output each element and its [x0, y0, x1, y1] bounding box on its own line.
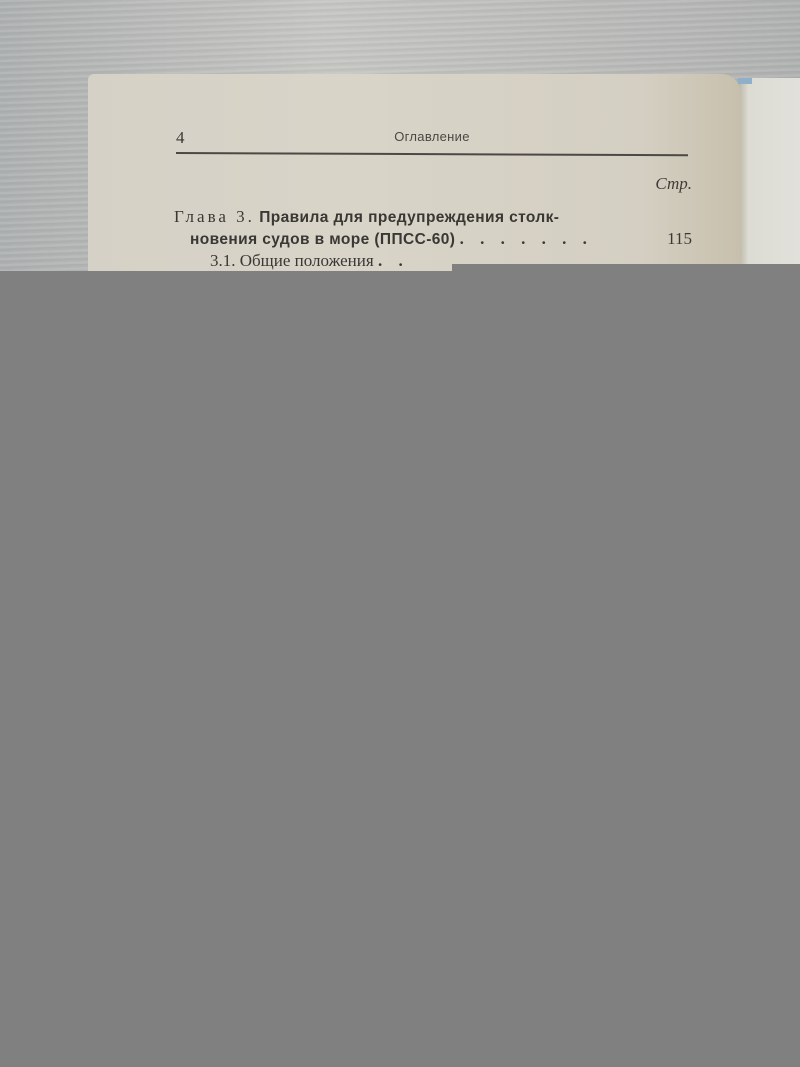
running-head: 4 Оглавление: [176, 124, 688, 154]
dot-leader: . .: [378, 251, 409, 270]
page-column-label: Стр.: [620, 174, 692, 194]
dot-leader: . . . . . . .: [460, 229, 593, 248]
chapter-title-line1: Правила для предупреждения столк-: [259, 209, 559, 226]
chapter-title-line2: новения судов в море (ППСС-60): [190, 231, 455, 248]
chapter-page-number: 115: [667, 229, 692, 249]
section-title-text: Общие положения: [240, 251, 374, 270]
toc-entry-chapter-3-line1: Глава 3. Правила для предупреждения стол…: [174, 207, 692, 229]
next-page-edge: [738, 78, 800, 278]
redaction-overlay: [0, 271, 800, 1067]
toc-entry-chapter-3-line2: новения судов в море (ППСС-60) . . . . .…: [174, 229, 692, 251]
chapter-label: Глава 3.: [174, 207, 255, 226]
section-title: Оглавление: [176, 129, 688, 144]
page-edge-marker: [738, 78, 752, 84]
section-number: 3.1.: [210, 251, 236, 270]
